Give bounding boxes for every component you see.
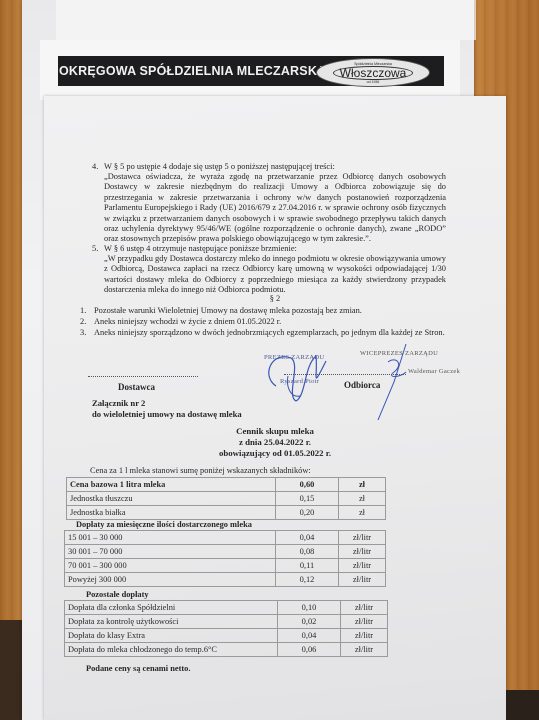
other-bonus-table: Dopłata dla członka Spółdzielni0,10zł/li… bbox=[64, 600, 388, 657]
cell-unit: zł/litr bbox=[339, 545, 386, 559]
section-item: Pozostałe warunki Wieloletniej Umowy na … bbox=[94, 306, 454, 316]
cell-value: 0,08 bbox=[276, 545, 339, 559]
net-prices-note: Podane ceny są cenami netto. bbox=[86, 664, 190, 674]
price-list-intro: Cena za 1 l mleka stanowi sumę poniżej w… bbox=[90, 466, 311, 476]
table-row: 15 001 – 30 0000,04zł/litr bbox=[65, 531, 386, 545]
cell-value: 0,10 bbox=[278, 601, 341, 615]
cell-unit: zł bbox=[339, 492, 386, 506]
point-text: „Dostawca oświadcza, że wyraża zgodę na … bbox=[104, 172, 446, 245]
cell-value: 0,12 bbox=[276, 573, 339, 587]
document-page: 4. W § 5 po ustępie 4 dodaje się ustęp 5… bbox=[44, 96, 506, 720]
price-list-date: z dnia 25.04.2022 r. bbox=[44, 437, 506, 447]
cell-unit: zł bbox=[339, 478, 386, 492]
cell-label: Dopłata do klasy Extra bbox=[65, 629, 278, 643]
background-shadow bbox=[0, 620, 22, 720]
cell-value: 0,06 bbox=[278, 643, 341, 657]
cell-label: Dopłata dla członka Spółdzielni bbox=[65, 601, 278, 615]
logo-wordmark: Włoszczowa bbox=[333, 66, 414, 80]
table-row: Powyżej 300 0000,12zł/litr bbox=[65, 573, 386, 587]
table-row: Jednostka tłuszczu0,15zł bbox=[67, 492, 386, 506]
point-number: 5. bbox=[92, 244, 98, 254]
cell-label: Cena bazowa 1 litra mleka bbox=[67, 478, 276, 492]
cell-value: 0,04 bbox=[276, 531, 339, 545]
cell-label: Jednostka białka bbox=[67, 506, 276, 520]
section-item: Aneks niniejszy wchodzi w życie z dniem … bbox=[94, 317, 454, 327]
cell-unit: zł/litr bbox=[339, 531, 386, 545]
point-number: 4. bbox=[92, 162, 98, 172]
cell-value: 0,60 bbox=[276, 478, 339, 492]
cell-label: Dopłata do mleka chłodzonego do temp.6°C bbox=[65, 643, 278, 657]
cell-unit: zł/litr bbox=[341, 643, 388, 657]
cell-unit: zł/litr bbox=[341, 615, 388, 629]
section-heading: § 2 bbox=[44, 294, 506, 303]
price-list-valid-from: obowiązujący od 01.05.2022 r. bbox=[44, 448, 506, 458]
letterhead-bar: OKRĘGOWA SPÓŁDZIELNIA MLECZARSKA Spółdzi… bbox=[58, 56, 444, 86]
volume-bonus-heading: Dopłaty za miesięczne ilości dostarczone… bbox=[76, 520, 252, 529]
cell-value: 0,04 bbox=[278, 629, 341, 643]
table-row: 70 001 – 300 0000,11zł/litr bbox=[65, 559, 386, 573]
price-list-title: Cennik skupu mleka bbox=[44, 426, 506, 436]
point-intro: W § 6 ustęp 4 otrzymuje następujące poni… bbox=[104, 244, 444, 254]
cell-label: Jednostka tłuszczu bbox=[67, 492, 276, 506]
attachment-title: Załącznik nr 2 bbox=[92, 398, 145, 408]
table-row: Dopłata do klasy Extra0,04zł/litr bbox=[65, 629, 388, 643]
attachment-subtitle: do wieloletniej umowy na dostawę mleka bbox=[92, 409, 242, 419]
base-price-table: Cena bazowa 1 litra mleka0,60złJednostka… bbox=[66, 477, 386, 520]
table-row: Cena bazowa 1 litra mleka0,60zł bbox=[67, 478, 386, 492]
supplier-signature-line bbox=[88, 376, 198, 377]
table-row: Jednostka białka0,20zł bbox=[67, 506, 386, 520]
table-row: Dopłata do mleka chłodzonego do temp.6°C… bbox=[65, 643, 388, 657]
cell-value: 0,15 bbox=[276, 492, 339, 506]
other-bonus-heading: Pozostałe dopłaty bbox=[86, 590, 149, 599]
point-intro: W § 5 po ustępie 4 dodaje się ustęp 5 o … bbox=[104, 162, 444, 172]
cell-label: 30 001 – 70 000 bbox=[65, 545, 276, 559]
cell-label: 70 001 – 300 000 bbox=[65, 559, 276, 573]
cell-unit: zł/litr bbox=[341, 629, 388, 643]
table-row: Dopłata za kontrolę użytkowości0,02zł/li… bbox=[65, 615, 388, 629]
cell-value: 0,02 bbox=[278, 615, 341, 629]
cell-unit: zł/litr bbox=[341, 601, 388, 615]
cell-value: 0,11 bbox=[276, 559, 339, 573]
table-row: Dopłata dla członka Spółdzielni0,10zł/li… bbox=[65, 601, 388, 615]
supplier-label: Dostawca bbox=[118, 382, 155, 392]
section-item: Aneks niniejszy sporządzono w dwóch jedn… bbox=[94, 328, 446, 338]
cell-unit: zł/litr bbox=[339, 559, 386, 573]
cell-unit: zł/litr bbox=[339, 573, 386, 587]
cell-label: 15 001 – 30 000 bbox=[65, 531, 276, 545]
cell-unit: zł bbox=[339, 506, 386, 520]
cell-label: Powyżej 300 000 bbox=[65, 573, 276, 587]
cell-label: Dopłata za kontrolę użytkowości bbox=[65, 615, 278, 629]
table-row: 30 001 – 70 0000,08zł/litr bbox=[65, 545, 386, 559]
company-logo: Spółdzielnia Mleczarska Włoszczowa od 19… bbox=[316, 58, 430, 87]
cell-value: 0,20 bbox=[276, 506, 339, 520]
company-name: OKRĘGOWA SPÓŁDZIELNIA MLECZARSKA bbox=[59, 64, 326, 78]
volume-bonus-table: 15 001 – 30 0000,04zł/litr30 001 – 70 00… bbox=[64, 530, 386, 587]
point-text: „W przypadku gdy Dostawca dostarczy mlek… bbox=[104, 254, 446, 296]
